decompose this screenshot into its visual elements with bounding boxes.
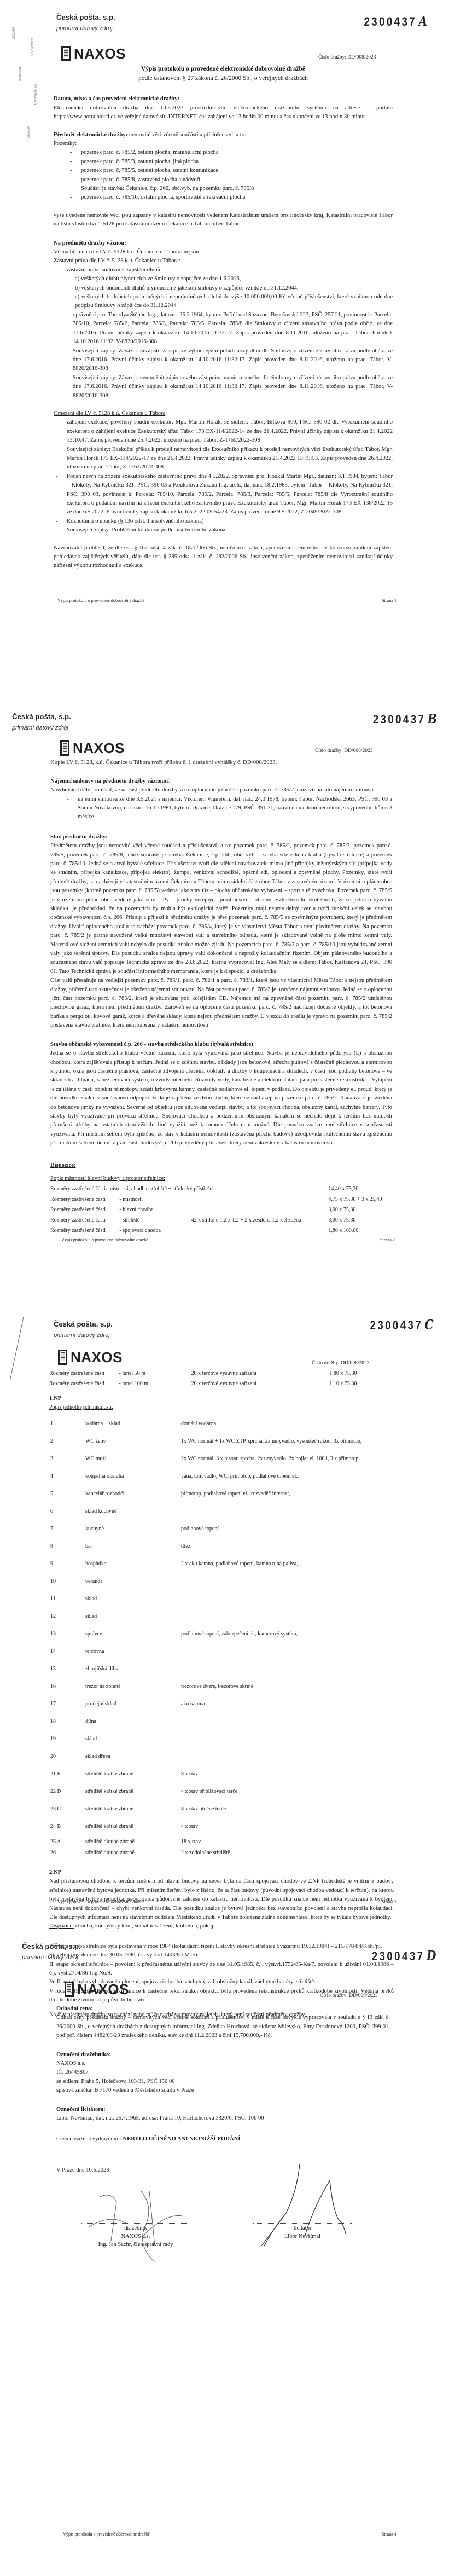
kopie-text: Kopie LV č. 5128, k.ú. Čekanice u Tábora… bbox=[50, 758, 392, 767]
scan-edge bbox=[438, 725, 438, 867]
section-heading-predmet: Předmět elektronické dražby: bbox=[54, 132, 127, 138]
section-heading-licitator: Označení licitátora: bbox=[56, 2105, 390, 2114]
dimension-row: Rozměry zastřešené části- tunel 100 m20 … bbox=[49, 1381, 394, 1387]
room-row: 10veranda bbox=[49, 1573, 394, 1590]
bremena: Věcná břemena dle LV č. 5128 k.ú. Čekani… bbox=[54, 248, 393, 257]
list-item: zahájení exekuce, pověřený soudní exekut… bbox=[56, 418, 393, 472]
post-name: Česká pošta, s.p. bbox=[56, 12, 115, 23]
post-header: Česká pošta, s.p. primární datový zdroj bbox=[12, 711, 71, 733]
datum-text: Elektronická dobrovolná dražba dne 10.5.… bbox=[54, 104, 393, 122]
room-row: 25 Astřeliště dlouhé zbraně18 x stav bbox=[49, 1836, 394, 1849]
naxos-logo-icon bbox=[61, 46, 71, 61]
naxos-logo: NAXOS bbox=[61, 43, 126, 65]
room-row: 24 Bstřeliště krátké zbraně4 x stav bbox=[49, 1818, 394, 1836]
np1-heading: 1.NP bbox=[49, 1394, 394, 1403]
page-number: Strana 1 bbox=[382, 598, 396, 605]
naxos-logo-icon bbox=[58, 1350, 67, 1365]
dimensions-table: Rozměry zastřešené části: místnosti, cho… bbox=[50, 1186, 392, 1234]
signature-right: licitátor Libor Nevšímal bbox=[253, 2223, 352, 2241]
page-4-content: Odhadní cena: Odhad ceny předmětu dražby… bbox=[56, 2005, 390, 2295]
document-number: 2300437A bbox=[364, 11, 427, 31]
page-footer: Výpis protokolu o provedené dobrovolné d… bbox=[63, 2531, 396, 2538]
np2-heading: 2.NP bbox=[49, 1868, 394, 1877]
page-number: Strana 2 bbox=[380, 1237, 395, 1244]
scan-edge bbox=[10, 1317, 24, 1381]
received-stamp: NAXOS Holečkova NAXOS a.s. 150 00 Praha … bbox=[10, 22, 38, 186]
naxos-logo: NAXOS bbox=[65, 1978, 129, 2000]
pozemky-list: pozemek parc. č. 785/2, ostatní plocha, … bbox=[70, 148, 393, 202]
section-heading-dispozice: Dispozice: bbox=[50, 1161, 392, 1170]
scan-edge bbox=[436, 1346, 436, 1921]
najem-list: nájemní smlouva ze dne 3.5.2021 s nájemc… bbox=[67, 795, 392, 822]
list-item: Rozhodnutí o úpadku (§ 136 odst. 1 insol… bbox=[56, 517, 393, 535]
section-heading-stav: Stav předmětu dražby: bbox=[50, 833, 392, 842]
auction-number: Číslo dražby: DD/008/2023 bbox=[318, 54, 376, 62]
post-header: Česká pošta, s.p. primární datový zdroj bbox=[22, 1941, 81, 1963]
post-header: Česká pošta, s.p. primární datový zdroj bbox=[54, 1319, 113, 1340]
result-value: NEBYLO UČINĚNO ANI NEJNIŽŠÍ PODÁNÍ bbox=[123, 2136, 240, 2142]
list-item: Součástí je stavba: Čekanice, č.p. 266, … bbox=[70, 184, 393, 193]
zastavni-detail: a) veškerých dluhů plynoucích ze Smlouvy… bbox=[73, 275, 393, 401]
list-item: zástavní právo smluvní k zajištění dluhů… bbox=[56, 266, 393, 275]
room-row: 23 Cstřeliště krátké zbraně8 x stav otoč… bbox=[49, 1801, 394, 1818]
auction-result: Cena dosažená vydražením: NEBYLO UČINĚNO… bbox=[56, 2135, 390, 2144]
dimension-row: Rozměry zastřešené části: místnosti, cho… bbox=[50, 1186, 392, 1192]
dimension-row: Rozměry zastřešené části- místnosti4,75 … bbox=[50, 1197, 392, 1202]
page-2-content: Kopie LV č. 5128, k.ú. Čekanice u Tábora… bbox=[50, 758, 392, 1238]
page-1: NAXOS Holečkova NAXOS a.s. 150 00 Praha … bbox=[0, 0, 449, 643]
section-heading-vaznou: Na předmětu dražby váznou: bbox=[54, 239, 393, 248]
dimension-row: Rozměry zastřešené části- hlavní chodba3… bbox=[50, 1207, 392, 1213]
predmet: Předmět elektronické dražby: nemovité vě… bbox=[54, 131, 393, 140]
room-row: 11sklad bbox=[49, 1590, 394, 1608]
room-row: 5kancelář rozhodčípřímotop, podlahové to… bbox=[49, 1485, 394, 1503]
list-item: pozemek parc. č. 785/10, ostatní plocha,… bbox=[70, 193, 393, 202]
room-row: 26střeliště dlouhé zbraně2 x zodolněné s… bbox=[49, 1849, 394, 1857]
list-item: pozemek parc. č. 785/3, ostatní plocha, … bbox=[70, 158, 393, 166]
auction-number: Číslo dražby: DD/008/2023 bbox=[312, 1359, 370, 1368]
naxos-logo: NAXOS bbox=[60, 737, 125, 759]
page-1-content: Výpis protokolu o provedené elektronické… bbox=[54, 65, 393, 571]
dimension-row: Rozměry zastřešené části- spojovací chod… bbox=[50, 1228, 392, 1234]
section-heading-datum: Datum, místo a čas provedení elektronick… bbox=[54, 95, 393, 103]
room-row: 7kuchyněpodlahové topení bbox=[49, 1520, 394, 1538]
room-row: 15zbrojířská dílna bbox=[49, 1660, 394, 1678]
list-item: Podán návrh na zřízení exekutorského zás… bbox=[56, 472, 393, 517]
naxos-logo-icon bbox=[60, 740, 69, 756]
room-row: 14terčovna bbox=[49, 1643, 394, 1660]
page-footer: Výpis protokolu o provedené dobrovolné d… bbox=[57, 1899, 396, 1906]
list-item: pozemek parc. č. 785/5, ostatní plocha, … bbox=[70, 166, 393, 175]
dimension-row: Rozměry zastřešené části- tunel 50 m20 x… bbox=[49, 1371, 394, 1376]
section-heading-odhad: Odhadní cena: bbox=[56, 2005, 390, 2013]
room-row: 4koupelna obsluhavana, umyvadlo, WC, pří… bbox=[49, 1468, 394, 1485]
omezeni-label: Omezení dle LV č. 5128 k.ú. Čekanice u T… bbox=[54, 409, 393, 418]
document-number: 2300437D bbox=[371, 1946, 436, 1966]
room-row: 18dílna bbox=[49, 1713, 394, 1730]
auction-number: Číslo dražby: DD/008/2023 bbox=[315, 747, 373, 755]
room-row: 3WC muži2x WC normál, 3 x pisoár, sprcha… bbox=[49, 1450, 394, 1468]
page-2: Česká pošta, s.p. primární datový zdroj … bbox=[0, 643, 449, 1292]
room-row: 1vodárna + skladdomácí vodárna bbox=[49, 1415, 394, 1433]
post-header: Česká pošta, s.p. primární datový zdroj bbox=[56, 12, 115, 33]
room-row: 8bardřez, bbox=[49, 1538, 394, 1555]
post-subtitle: primární datový zdroj bbox=[56, 24, 115, 33]
room-row: 16trezor na zbranětrezorové dveře, trezo… bbox=[49, 1678, 394, 1695]
document-title: Výpis protokolu o provedené elektronické… bbox=[54, 65, 393, 83]
room-row: 9hospůdka2 x aku kamna, podlahové topení… bbox=[49, 1555, 394, 1573]
page-number: Strana 4 bbox=[382, 2531, 396, 2538]
page-footer: Výpis protokolu o provedené dobrovolné d… bbox=[57, 598, 396, 605]
list-item: nájemní smlouva ze dne 3.5.2021 s nájemc… bbox=[67, 795, 392, 822]
room-row: 19sklad bbox=[49, 1730, 394, 1748]
signatures: dražebník NAXOS a.s. Ing. Jan Sachr, čle… bbox=[56, 2175, 390, 2295]
dimensions-table: Rozměry zastřešené části- tunel 50 m20 x… bbox=[49, 1371, 394, 1387]
list-item: pozemek parc. č. 785/2, ostatní plocha, … bbox=[70, 148, 393, 157]
omezeni-list: zahájení exekuce, pověřený soudní exekut… bbox=[56, 418, 393, 535]
auction-number: Číslo dražby: DD/008/2023 bbox=[320, 1992, 378, 2000]
signature-left: dražebník NAXOS a.s. Ing. Jan Sachr, čle… bbox=[81, 2223, 190, 2249]
page-4: Česká pošta, s.p. primární datový zdroj … bbox=[0, 1940, 449, 2576]
zastavni-label: Zástavní práva dle LV č. 5128 k.ú. Čekan… bbox=[54, 257, 393, 265]
document-number: 2300437C bbox=[370, 1315, 434, 1335]
page-3-content: Rozměry zastřešené části- tunel 50 m20 x… bbox=[49, 1371, 394, 2019]
room-row: 20sklad dřeva bbox=[49, 1748, 394, 1765]
rooms-table: 1vodárna + skladdomácí vodárna2WC ženy1x… bbox=[49, 1415, 394, 1857]
room-row: 6sklad kuchyně bbox=[49, 1503, 394, 1520]
popis-heading: Popis místností hlavní budovy a prostor … bbox=[50, 1174, 392, 1183]
section-heading-stavba: Stavba občanské vybavenosti č.p. 266 - s… bbox=[50, 1040, 392, 1049]
page-footer: Výpis protokolu o provedené dobrovolné d… bbox=[61, 1237, 395, 1244]
naxos-logo: NAXOS bbox=[58, 1346, 123, 1368]
room-row: 17prodejní skladaku kamna bbox=[49, 1695, 394, 1713]
katastr-text: výše uvedené nemovité věci jsou zapsány … bbox=[54, 211, 393, 229]
rooms-label: Popis jednotlivých místností: bbox=[49, 1403, 394, 1412]
section-heading-najem: Nájemní smlouvy na předmětu dražby vázno… bbox=[50, 777, 392, 786]
list-item: pozemek parc. č. 785/8, zastavěná plocha… bbox=[70, 176, 393, 184]
room-row: 21 Estřeliště krátké zbraně8 x stav bbox=[49, 1765, 394, 1783]
navrhovatel-text: Navrhovatel prohlásil, že dle ust. § 167… bbox=[54, 544, 393, 571]
room-row: 12sklad bbox=[49, 1608, 394, 1625]
page-3: Česká pošta, s.p. primární datový zdroj … bbox=[0, 1292, 449, 1940]
pozemky-label: Pozemky: bbox=[54, 140, 393, 148]
section-heading-drazebnik: Označení dražebníka: bbox=[56, 2051, 390, 2059]
dimension-row: Rozměry zastřešené části- střeliště42 x … bbox=[50, 1218, 392, 1223]
naxos-logo-icon bbox=[65, 1982, 74, 1997]
room-row: 2WC ženy1x WC normál + 1x WC ZTP, sprcha… bbox=[49, 1433, 394, 1450]
document-number: 2300437B bbox=[373, 709, 437, 729]
zastavni-list: zástavní právo smluvní k zajištění dluhů… bbox=[56, 266, 393, 275]
page-number: Strana 3 bbox=[382, 1899, 396, 1906]
room-row: 22 Dstřeliště krátké zbraně4 x stav přib… bbox=[49, 1783, 394, 1801]
room-row: 13správcepodlahové topení, zabezpečení e… bbox=[49, 1625, 394, 1643]
